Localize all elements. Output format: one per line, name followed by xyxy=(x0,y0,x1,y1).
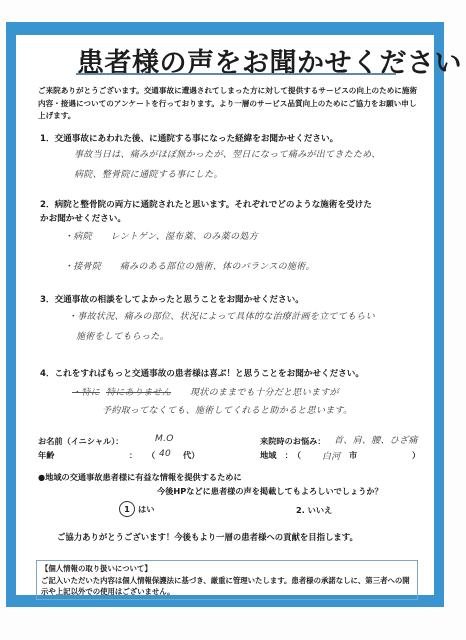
question-2-line-2: かお聞かせください。 xyxy=(40,212,126,224)
answer-1-line-1: 事故当日は、痛みがほぼ無かったが、翌日になって痛みが出てきたため、 xyxy=(74,147,381,160)
concern-label: 来院時のお悩み： xyxy=(260,436,326,447)
thanks-message: ご協力ありがとうございます！今後もより一層の患者様への貢献を目指します。 xyxy=(57,531,358,543)
option-yes-number: 1 xyxy=(119,501,135,517)
answer-4-struck-1: ・特に xyxy=(72,385,100,398)
title-underline xyxy=(76,73,396,75)
question-4: 4．これをすればもっと交通事故の患者様は喜ぶ！と思うことをお聞かせください。 xyxy=(40,367,364,379)
intro-text: ご来院ありがとうございます。交通事故に遭遇されてしまった方に対して提供するサービ… xyxy=(38,85,423,123)
region-suffix: 市 xyxy=(349,450,357,461)
answer-4-line-2: 予約取ってなくても、施術してくれると助かると思います。 xyxy=(102,403,352,416)
answer-3-line-1: ・事故状況、痛みの部位、状況によって具体的な治療計画を立ててもらい xyxy=(68,309,375,322)
age-open-paren: （ xyxy=(147,450,155,461)
blue-frame: 患者様の声をお聞かせください ご来院ありがとうございます。交通事故に遭遇されてし… xyxy=(6,22,444,607)
name-label: お名前（イニシャル）： xyxy=(38,436,123,447)
privacy-text: 【個人情報の取り扱いについて】 ご記入いただいた内容は個人情報保護法に基づき、厳… xyxy=(41,563,413,598)
age-value: 40 xyxy=(159,449,171,459)
region-close-paren: ） xyxy=(412,450,420,461)
option-no-number: 2. xyxy=(296,505,305,515)
answer-3-line-2: 施術をしてもらった。 xyxy=(76,329,169,342)
privacy-heading: 【個人情報の取り扱いについて】 xyxy=(41,563,413,575)
option-yes[interactable]: 1はい xyxy=(119,501,154,517)
question-1: 1．交通事故にあわれた後、に通院する事になった経緯をお聞かせください。 xyxy=(40,132,338,144)
privacy-body: ご記入いただいた内容は個人情報保護法に基づき、厳重に管理いたします。患者様の承諾… xyxy=(41,575,413,598)
age-colon: ： xyxy=(129,450,137,461)
age-label: 年齢 xyxy=(38,450,54,461)
concern-value: 首、肩、腰、ひざ痛 xyxy=(334,433,418,446)
survey-sheet: 患者様の声をお聞かせください ご来院ありがとうございます。交通事故に遭遇されてし… xyxy=(16,35,434,595)
question-3: 3．交通事故の相談をしてよかったと思うことをお聞かせください。 xyxy=(40,293,304,305)
answer-1-line-2: 病院、整骨院に通院する事にした。 xyxy=(74,167,223,180)
answer-4-line-1: 現状のままでも十分だと思いますが xyxy=(190,385,339,398)
privacy-box: 【個人情報の取り扱いについて】 ご記入いただいた内容は個人情報保護法に基づき、厳… xyxy=(36,560,418,600)
region-value: 白河 xyxy=(322,449,341,462)
option-no[interactable]: 2. いいえ xyxy=(296,505,332,516)
consent-line-1: ●地域の交通事故患者様に有益な情報を提供するために xyxy=(38,472,242,483)
answer-2-line-2: ・接骨院 痛みのある部位の施術、体のバランスの施術。 xyxy=(64,259,315,272)
answer-4-struck-2: 特にありません xyxy=(106,385,171,398)
age-suffix: 代） xyxy=(183,450,199,461)
question-2-line-1: 2．病院と整骨院の両方に通院されたと思います。それぞれでどのような施術を受けた xyxy=(40,198,372,210)
region-label: 地域 ： （ xyxy=(260,450,301,461)
option-no-label: いいえ xyxy=(308,505,333,515)
answer-2-line-1: ・病院 レントゲン、湿布薬、のみ薬の処方 xyxy=(64,229,258,242)
name-value: M.O xyxy=(155,434,174,444)
consent-line-2: 今後HPなどに患者様の声を掲載してもよろしいでしょうか？ xyxy=(157,486,383,497)
option-yes-label: はい xyxy=(138,504,154,514)
